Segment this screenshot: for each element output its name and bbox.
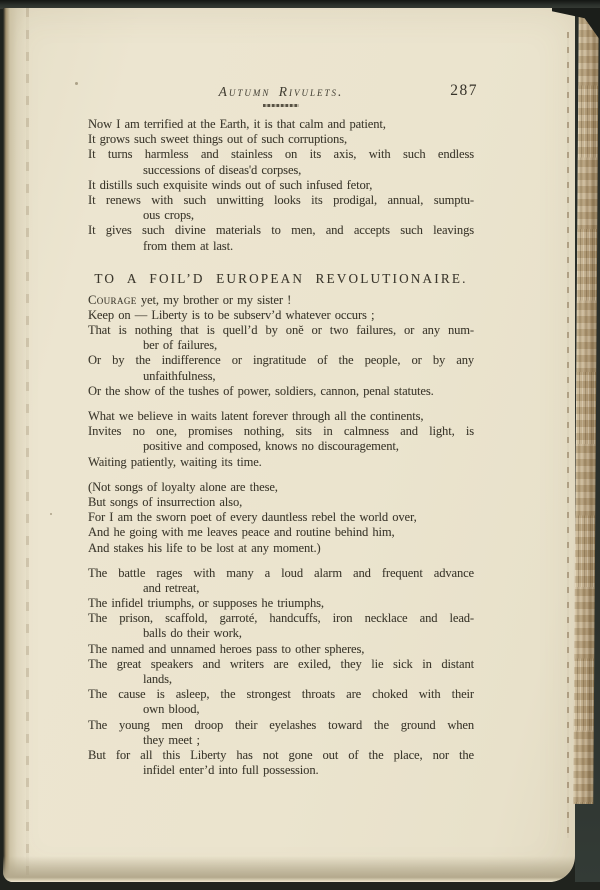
stanza: The battle rages with many a loud alarm … — [88, 566, 474, 779]
poem-line: Or the show of the tushes of power, sold… — [88, 384, 474, 399]
small-caps-lead: Courage — [88, 293, 137, 307]
paper-speck — [50, 513, 52, 515]
poem-line: Courage yet, my brother or my sister ! — [88, 293, 474, 308]
poem-line-continuation: from them at last. — [88, 239, 474, 254]
poem-line: And stakes his life to be lost at any mo… — [88, 541, 474, 556]
stanza: Now I am terrified at the Earth, it is t… — [88, 117, 474, 254]
header-rule-divider — [263, 104, 299, 107]
poem-content: Now I am terrified at the Earth, it is t… — [88, 117, 474, 788]
poem-line: The battle rages with many a loud alarm … — [88, 566, 474, 581]
poem-line: It turns harmless and stainless on its a… — [88, 147, 474, 162]
poem-line: It grows such sweet things out of such c… — [88, 132, 474, 147]
poem-line-continuation: and retreat, — [88, 581, 474, 596]
scanned-book-page: Autumn Rivulets. 287 Now I am terrified … — [0, 0, 600, 890]
poem-line: Or by the indifference or ingratitude of… — [88, 353, 474, 368]
fore-edge-page-texture — [573, 12, 599, 804]
paper-speck — [75, 82, 78, 85]
stanza: Courage yet, my brother or my sister !Ke… — [88, 293, 474, 399]
poem-line: Now I am terrified at the Earth, it is t… — [88, 117, 474, 132]
poem-line-continuation: balls do their work, — [88, 626, 474, 641]
poem-line-continuation: own blood, — [88, 702, 474, 717]
poem-line: The named and unnamed heroes pass to oth… — [88, 642, 474, 657]
poem-line-continuation: ber of failures, — [88, 338, 474, 353]
poem-line: What we believe in waits latent forever … — [88, 409, 474, 424]
poem-line: Waiting patiently, waiting its time. — [88, 455, 474, 470]
poem-line: Keep on — Liberty is to be subserv’d wha… — [88, 308, 474, 323]
poem-line-continuation: ous crops, — [88, 208, 474, 223]
poem-line: The great speakers and writers are exile… — [88, 657, 474, 672]
page-gutter-crease — [26, 8, 29, 882]
page-right-crease — [567, 32, 569, 838]
poem-line: For I am the sworn poet of every dauntle… — [88, 510, 474, 525]
poem-line: Invites no one, promises nothing, sits i… — [88, 424, 474, 439]
book-page: Autumn Rivulets. 287 Now I am terrified … — [3, 8, 575, 882]
poem-line-continuation: they meet ; — [88, 733, 474, 748]
poem-line: It gives such divine materials to men, a… — [88, 223, 474, 238]
poem-line: And he going with me leaves peace and ro… — [88, 525, 474, 540]
poem-section-title: TO A FOIL’D EUROPEAN REVOLUTIONAIRE. — [88, 271, 474, 286]
page-bottom-edge — [3, 856, 575, 882]
poem-line: The infidel triumphs, or supposes he tri… — [88, 596, 474, 611]
poem-line: The prison, scaffold, garroté, handcuffs… — [88, 611, 474, 626]
poem-line: That is nothing that is quell’d by onĕ o… — [88, 323, 474, 338]
running-head-title: Autumn Rivulets. — [88, 84, 474, 100]
stanza: What we believe in waits latent forever … — [88, 409, 474, 470]
poem-line: It renews with such unwitting looks its … — [88, 193, 474, 208]
book-fore-edge — [575, 8, 600, 882]
stanza: (Not songs of loyalty alone are these,Bu… — [88, 480, 474, 556]
poem-line: It distills such exquisite winds out of … — [88, 178, 474, 193]
poem-line-continuation: successions of diseas'd corpses, — [88, 163, 474, 178]
poem-line: (Not songs of loyalty alone are these, — [88, 480, 474, 495]
poem-line: The cause is asleep, the strongest throa… — [88, 687, 474, 702]
page-number: 287 — [450, 82, 478, 100]
poem-line: The young men droop their eyelashes towa… — [88, 718, 474, 733]
poem-line-continuation: unfaithfulness, — [88, 369, 474, 384]
poem-line-continuation: positive and composed, knows no discoura… — [88, 439, 474, 454]
poem-line-continuation: lands, — [88, 672, 474, 687]
poem-line-continuation: infidel enter’d into full possession. — [88, 763, 474, 778]
poem-line: But for all this Liberty has not gone ou… — [88, 748, 474, 763]
poem-line: But songs of insurrection also, — [88, 495, 474, 510]
